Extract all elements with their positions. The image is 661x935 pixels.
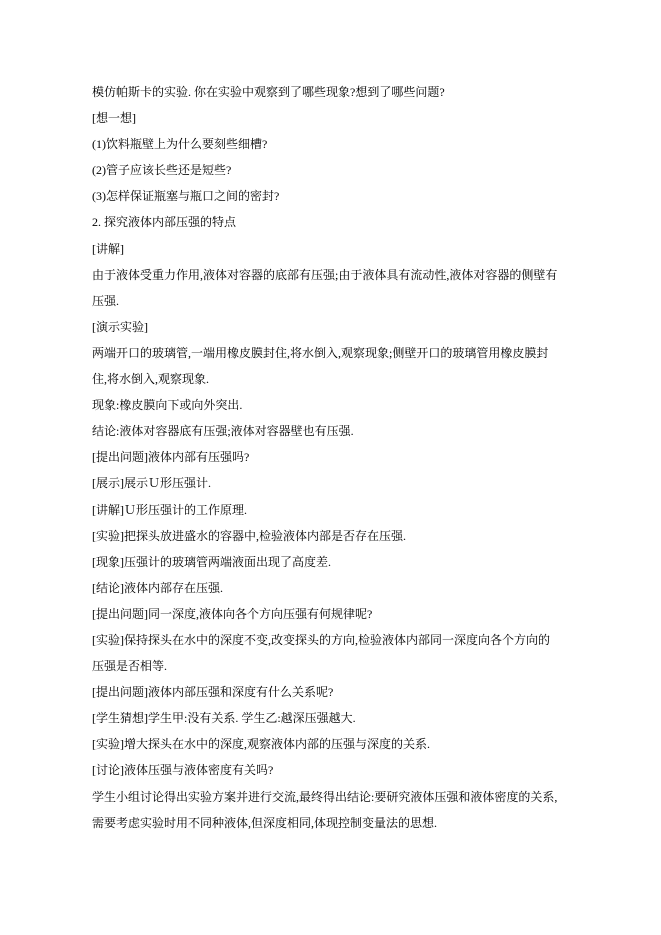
text-line: [实验]把探头放进盛水的容器中,检验液体内部是否存在压强. [92, 523, 592, 549]
text-line: [讨论]液体压强与液体密度有关吗? [92, 757, 592, 783]
text-line: [现象]压强计的玻璃管两端液面出现了高度差. [92, 549, 592, 575]
text-line: 现象:橡皮膜向下或向外突出. [92, 392, 592, 418]
text-line: [提出问题]液体内部有压强吗? [92, 444, 592, 470]
text-line: [提出问题]液体内部压强和深度有什么关系呢? [92, 679, 592, 705]
text-line: 结论:液体对容器底有压强;液体对容器壁也有压强. [92, 418, 592, 444]
text-line: [讲解] [92, 236, 592, 262]
text-line: [学生猜想]学生甲:没有关系. 学生乙:越深压强越大. [92, 705, 592, 731]
text-line: [想一想] [92, 105, 592, 131]
text-line: 压强是否相等. [92, 653, 592, 679]
text-line: [讲解]Ｕ形压强计的工作原理. [92, 497, 592, 523]
text-line: [结论]液体内部存在压强. [92, 575, 592, 601]
document-text-block: 模仿帕斯卡的实验. 你在实验中观察到了哪些现象?想到了哪些问题? [想一想] (… [92, 79, 592, 836]
text-line: 由于液体受重力作用,液体对容器的底部有压强;由于液体具有流动性,液体对容器的侧壁… [92, 262, 592, 288]
text-line: [实验]增大探头在水中的深度,观察液体内部的压强与深度的关系. [92, 731, 592, 757]
text-line: 两端开口的玻璃管,一端用橡皮膜封住,将水倒入,观察现象;侧壁开口的玻璃管用橡皮膜… [92, 340, 592, 366]
document-page: 模仿帕斯卡的实验. 你在实验中观察到了哪些现象?想到了哪些问题? [想一想] (… [0, 0, 661, 935]
text-line: 2. 探究液体内部压强的特点 [92, 209, 592, 235]
text-line: (1)饮料瓶壁上为什么要刻些细槽? [92, 131, 592, 157]
text-line: [演示实验] [92, 314, 592, 340]
text-line: 需要考虑实验时用不同种液体,但深度相同,体现控制变量法的思想. [92, 810, 592, 836]
text-line: 住,将水倒入,观察现象. [92, 366, 592, 392]
text-line: (2)管子应该长些还是短些? [92, 157, 592, 183]
text-line: (3)怎样保证瓶塞与瓶口之间的密封? [92, 183, 592, 209]
text-line: 压强. [92, 288, 592, 314]
text-line: 模仿帕斯卡的实验. 你在实验中观察到了哪些现象?想到了哪些问题? [92, 79, 592, 105]
text-line: [提出问题]同一深度,液体向各个方向压强有何规律呢? [92, 601, 592, 627]
text-line: [实验]保持探头在水中的深度不变,改变探头的方向,检验液体内部同一深度向各个方向… [92, 627, 592, 653]
text-line: 学生小组讨论得出实验方案并进行交流,最终得出结论:要研究液体压强和液体密度的关系… [92, 784, 592, 810]
text-line: [展示]展示Ｕ形压强计. [92, 470, 592, 496]
